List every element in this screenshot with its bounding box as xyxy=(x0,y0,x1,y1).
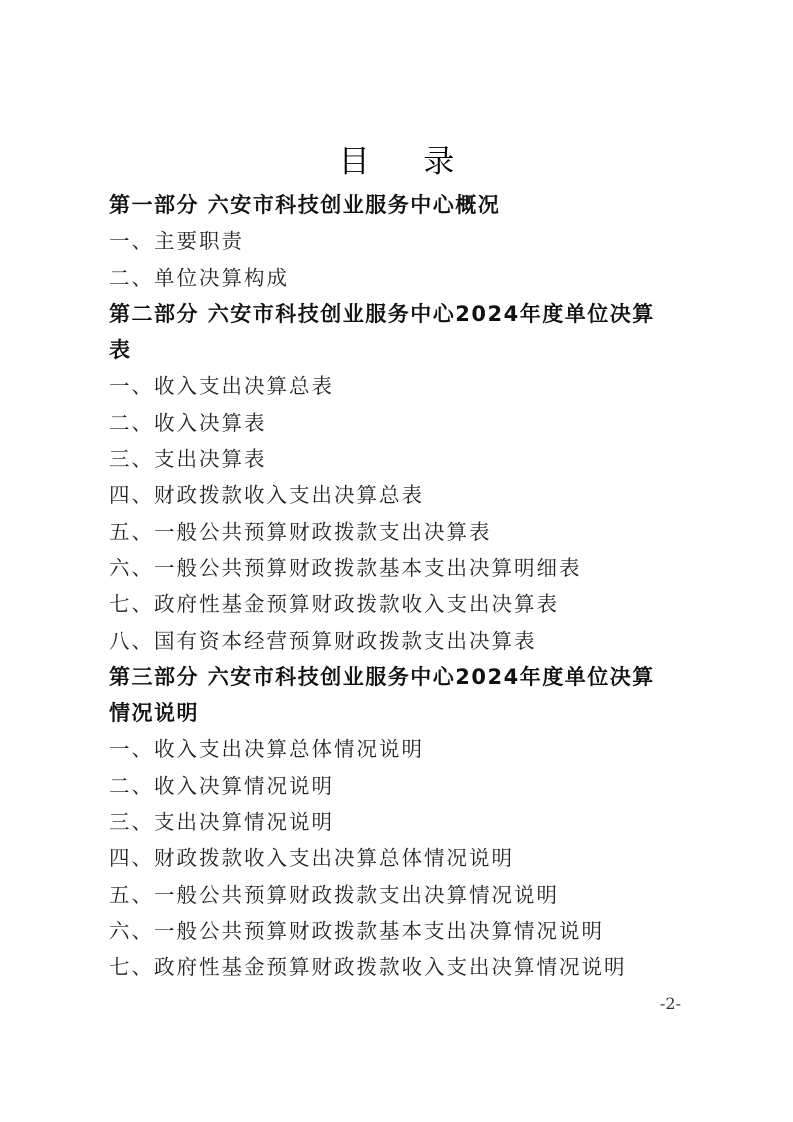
toc-part-3: 第三部分 六安市科技创业服务中心2024年度单位决算 xyxy=(109,659,699,695)
toc-item: 八、国有资本经营预算财政拨款支出决算表 xyxy=(109,623,699,659)
toc-item: 一、收入支出决算总表 xyxy=(109,368,699,404)
toc-part-1: 第一部分 六安市科技创业服务中心概况 xyxy=(109,187,699,223)
toc-item: 三、支出决算情况说明 xyxy=(109,804,699,840)
toc-item: 一、收入支出决算总体情况说明 xyxy=(109,731,699,767)
toc-item: 七、政府性基金预算财政拨款收入支出决算情况说明 xyxy=(109,949,699,985)
toc-item: 五、一般公共预算财政拨款支出决算情况说明 xyxy=(109,877,699,913)
toc-item: 二、收入决算表 xyxy=(109,405,699,441)
toc-part-2-continuation: 表 xyxy=(109,332,699,368)
toc-item: 七、政府性基金预算财政拨款收入支出决算表 xyxy=(109,586,699,622)
toc-part-2: 第二部分 六安市科技创业服务中心2024年度单位决算 xyxy=(109,296,699,332)
toc-item: 三、支出决算表 xyxy=(109,441,699,477)
page-number: -2- xyxy=(660,994,681,1013)
toc-item: 一、主要职责 xyxy=(109,223,699,259)
toc-item: 二、单位决算构成 xyxy=(109,260,699,296)
toc-item: 四、财政拨款收入支出决算总表 xyxy=(109,477,699,513)
toc-item: 四、财政拨款收入支出决算总体情况说明 xyxy=(109,840,699,876)
toc-part-3-continuation: 情况说明 xyxy=(109,695,699,731)
toc-item: 五、一般公共预算财政拨款支出决算表 xyxy=(109,514,699,550)
toc-item: 六、一般公共预算财政拨款基本支出决算明细表 xyxy=(109,550,699,586)
toc-item: 二、收入决算情况说明 xyxy=(109,768,699,804)
document-page: 目 录 第一部分 六安市科技创业服务中心概况 一、主要职责 二、单位决算构成 第… xyxy=(0,0,793,1122)
toc-item: 六、一般公共预算财政拨款基本支出决算情况说明 xyxy=(109,913,699,949)
table-of-contents: 第一部分 六安市科技创业服务中心概况 一、主要职责 二、单位决算构成 第二部分 … xyxy=(109,187,699,986)
page-title: 目 录 xyxy=(0,140,793,184)
